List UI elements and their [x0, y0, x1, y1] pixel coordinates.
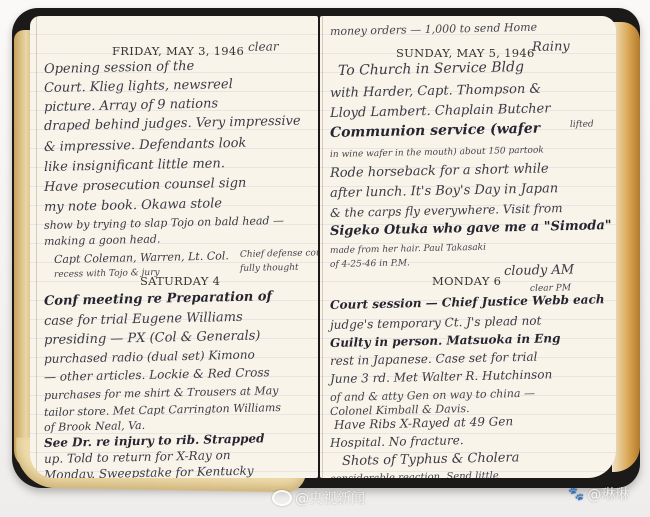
watermark-weibo-user: 🐾 @琳琳	[568, 484, 629, 504]
paw-icon: 🐾	[568, 487, 584, 502]
entry-line: Court session — Chief Justice Webb each	[330, 290, 605, 315]
margin-line	[36, 16, 37, 478]
side-note: lifted	[570, 116, 594, 135]
date-header-friday: FRIDAY, MAY 3, 1946	[112, 44, 244, 58]
side-note: fully thought	[240, 259, 299, 279]
watermark-user-text: @琳琳	[587, 484, 629, 504]
weather-sunday: Rainy	[532, 37, 570, 57]
top-note: money orders — 1,000 to send Home	[330, 18, 538, 41]
watermark-source-text: @央视新闻	[295, 488, 365, 508]
weather-monday: cloudy AM	[504, 261, 575, 281]
entry-line: of 4-25-46 in P.M.	[330, 254, 410, 275]
gutter-line	[322, 16, 323, 478]
diary-left-page: FRIDAY, MAY 3, 1946 clear Opening sessio…	[30, 16, 318, 478]
entry-line: like insignificant little men.	[44, 154, 225, 177]
entry-line: Communion service (wafer	[330, 120, 541, 143]
watermark-weibo-source: @央视新闻	[272, 488, 365, 508]
entry-line: draped behind judges. Very impressive	[44, 112, 301, 136]
entry-line: To Church in Service Bldg	[338, 58, 524, 81]
diary-right-page: money orders — 1,000 to send Home SUNDAY…	[320, 16, 616, 478]
page-edge-right	[612, 22, 640, 472]
date-header-saturday: SATURDAY 4	[140, 274, 220, 288]
weather-friday: clear	[248, 37, 279, 57]
weibo-logo-icon	[272, 490, 292, 506]
date-header-monday: MONDAY 6	[432, 274, 501, 288]
